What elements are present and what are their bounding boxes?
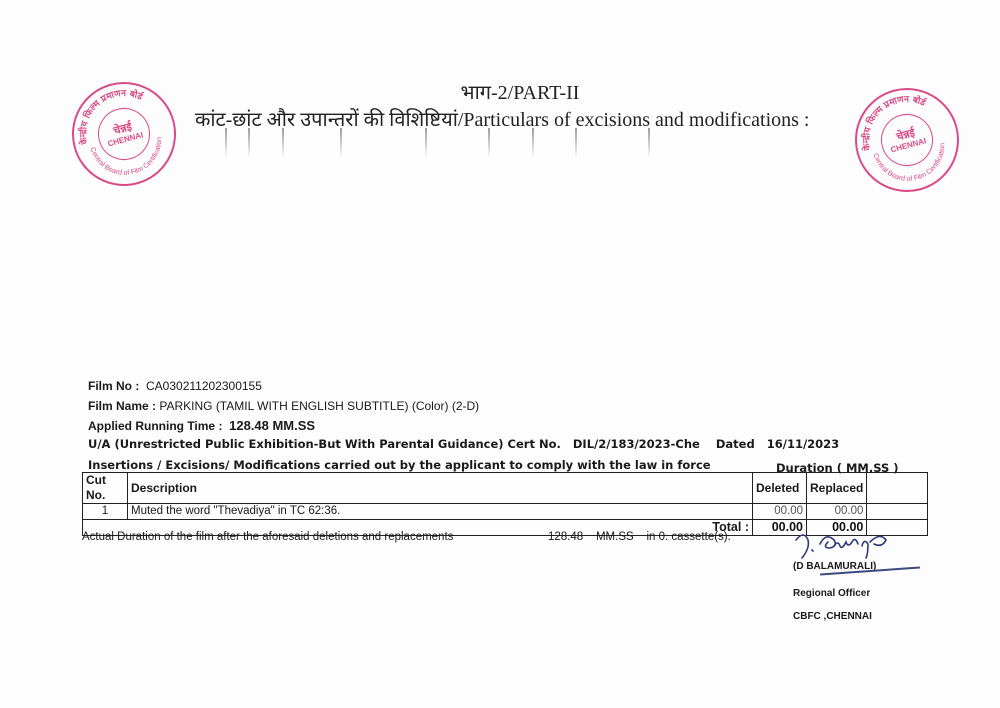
- table-row: 1 Muted the word "Thevadiya" in TC 62:36…: [83, 504, 928, 520]
- empty-cell: [867, 504, 928, 520]
- dated-value: 16/11/2023: [767, 437, 839, 451]
- table-header-row: Cut No. Description Deleted Replaced: [83, 473, 928, 504]
- film-no-label: Film No :: [88, 379, 139, 393]
- deleted-cell: 00.00: [753, 504, 807, 520]
- section-subtitle: कांट-छांट और उपान्तरों की विशिष्टियां/Pa…: [195, 105, 809, 132]
- film-name-row: Film Name : PARKING (TAMIL WITH ENGLISH …: [88, 399, 479, 413]
- signature-icon: [790, 528, 910, 560]
- dated-label: Dated: [716, 437, 755, 451]
- modifications-heading: Insertions / Excisions/ Modifications ca…: [88, 458, 711, 472]
- col-cut-no: Cut No.: [83, 473, 128, 504]
- replaced-cell: 00.00: [807, 504, 867, 520]
- running-time-value: 128.48 MM.SS: [229, 418, 315, 433]
- col-replaced: Replaced: [807, 473, 867, 504]
- cassette-count: in 0. cassette(s).: [646, 531, 730, 543]
- running-time-label: Applied Running Time :: [88, 419, 222, 433]
- cert-category: U/A (Unrestricted Public Exhibition-But …: [88, 437, 561, 451]
- col-empty: [867, 473, 928, 504]
- modifications-table: Cut No. Description Deleted Replaced 1 M…: [82, 472, 928, 536]
- film-name-value: PARKING (TAMIL WITH ENGLISH SUBTITLE) (C…: [159, 399, 479, 413]
- certificate-row: U/A (Unrestricted Public Exhibition-But …: [88, 437, 839, 451]
- signatory-office: CBFC ,CHENNAI: [793, 611, 872, 622]
- film-name-label: Film Name :: [88, 399, 156, 413]
- actual-duration-value: 128.48: [548, 531, 583, 543]
- actual-duration-row: 128.48 MM.SS in 0. cassette(s).: [548, 531, 731, 543]
- actual-duration-label: Actual Duration of the film after the af…: [82, 531, 453, 543]
- description-cell: Muted the word "Thevadiya" in TC 62:36.: [128, 504, 753, 520]
- film-no-value: CA030211202300155: [146, 379, 262, 393]
- col-deleted: Deleted: [753, 473, 807, 504]
- running-time-row: Applied Running Time : 128.48 MM.SS: [88, 418, 315, 433]
- cert-no: DIL/2/183/2023-Che: [573, 437, 700, 451]
- signatory-designation: Regional Officer: [793, 588, 870, 599]
- actual-duration-unit: MM.SS: [596, 531, 634, 543]
- film-no-row: Film No : CA030211202300155: [88, 379, 262, 393]
- cut-no-cell: 1: [83, 504, 128, 520]
- col-description: Description: [128, 473, 753, 504]
